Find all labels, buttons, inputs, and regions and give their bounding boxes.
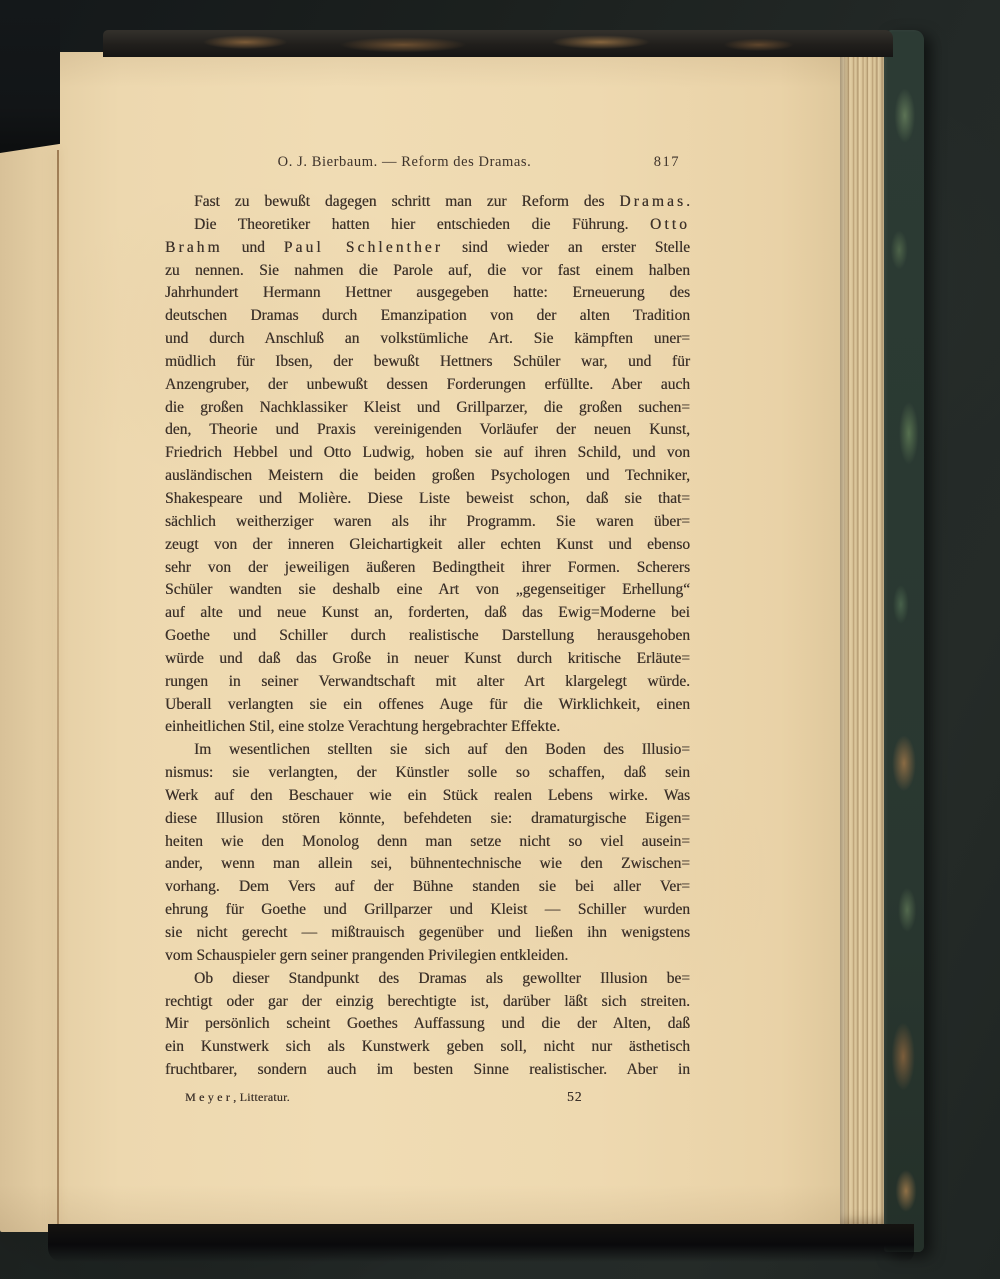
sheet-number: 52 — [567, 1087, 583, 1107]
text-line: Brahm und Paul Schlenther sind wieder an… — [165, 237, 690, 260]
text-line: Fast zu bewußt dagegen schritt man zur R… — [165, 191, 690, 214]
text-line: sächlich weitherziger waren als ihr Prog… — [165, 511, 690, 534]
page-number: 817 — [654, 151, 680, 173]
text-line: zu nennen. Sie nahmen die Parole auf, di… — [165, 260, 690, 283]
text-line: vom Schauspieler gern seiner prangenden … — [165, 945, 690, 968]
text-line: sie nicht gerecht — mißtrauisch gegenübe… — [165, 922, 690, 945]
text-line: den, Theorie und Praxis vereinigenden Vo… — [165, 419, 690, 442]
text-line: die großen Nachklassiker Kleist und Gril… — [165, 397, 690, 420]
text-line: diese Illusion stören könnte, befehdeten… — [165, 808, 690, 831]
text-line: vorhang. Dem Vers auf der Bühne standen … — [165, 876, 690, 899]
text-line: zeugt von der inneren Gleichartigkeit al… — [165, 534, 690, 557]
text-block: Fast zu bewußt dagegen schritt man zur R… — [165, 191, 690, 1082]
page-stack-fore-edge — [840, 56, 888, 1228]
text-line: Die Theoretiker hatten hier entschieden … — [165, 214, 690, 237]
text-line: ehrung für Goethe und Grillparzer und Kl… — [165, 899, 690, 922]
text-line: ausländischen Meistern die beiden großen… — [165, 465, 690, 488]
page-gutter-crease — [57, 150, 59, 1230]
running-head-title: O. J. Bierbaum. — Reform des Dramas. — [278, 151, 578, 173]
text-line: auf alte und neue Kunst an, forderten, d… — [165, 602, 690, 625]
text-line: Im wesentlichen stellten sie sich auf de… — [165, 739, 690, 762]
footer-signature-author: Meyer — [185, 1090, 233, 1104]
book-spine-top-edge — [103, 30, 893, 57]
text-line: rungen in seiner Verwandtschaft mit alte… — [165, 671, 690, 694]
footer-signature: Meyer, Litteratur. — [185, 1087, 290, 1107]
text-line: Anzengruber, der unbewußt dessen Forderu… — [165, 374, 690, 397]
text-line: Werk auf den Beschauer wie ein Stück rea… — [165, 785, 690, 808]
text-line: Friedrich Hebbel und Otto Ludwig, hoben … — [165, 442, 690, 465]
text-line: Jahrhundert Hermann Hettner ausgegeben h… — [165, 282, 690, 305]
running-head: O. J. Bierbaum. — Reform des Dramas. 817 — [165, 151, 690, 173]
text-line: Ob dieser Standpunkt des Dramas als gewo… — [165, 968, 690, 991]
book-scan-photo: O. J. Bierbaum. — Reform des Dramas. 817… — [0, 0, 1000, 1279]
text-line: ein Kunstwerk sich als Kunstwerk geben s… — [165, 1036, 690, 1059]
text-line: Schüler wandten sie deshalb eine Art von… — [165, 579, 690, 602]
text-line: sehr von der jeweiligen äußeren Bedingth… — [165, 557, 690, 580]
text-line: nismus: sie verlangten, der Künstler sol… — [165, 762, 690, 785]
text-line: einheitlichen Stil, eine stolze Verachtu… — [165, 716, 690, 739]
book-bottom-shadow — [48, 1224, 914, 1262]
text-line: und durch Anschluß an volkstümliche Art.… — [165, 328, 690, 351]
text-line: würde und daß das Große in neuer Kunst d… — [165, 648, 690, 671]
text-line: Uberall verlangten sie ein offenes Auge … — [165, 694, 690, 717]
text-line: Mir persönlich scheint Goethes Auffassun… — [165, 1013, 690, 1036]
page-footer: Meyer, Litteratur. 52 — [165, 1087, 690, 1107]
text-line: fruchtbarer, sondern auch im besten Sinn… — [165, 1059, 690, 1082]
text-line: ander, wenn man allein sei, bühnentechni… — [165, 853, 690, 876]
gutter-shadow — [0, 0, 60, 153]
text-line: rechtigt oder gar der einzig berechtigte… — [165, 991, 690, 1014]
text-line: deutschen Dramas durch Emanzipation von … — [165, 305, 690, 328]
text-line: müdlich für Ibsen, der bewußt Hettners S… — [165, 351, 690, 374]
text-line: Goethe und Schiller durch realistische D… — [165, 625, 690, 648]
text-line: heiten wie den Monolog denn man setze ni… — [165, 831, 690, 854]
marbled-cover-edge — [884, 30, 924, 1252]
text-line: Shakespeare und Molière. Diese Liste bew… — [165, 488, 690, 511]
footer-signature-rest: , Litteratur. — [233, 1090, 290, 1104]
